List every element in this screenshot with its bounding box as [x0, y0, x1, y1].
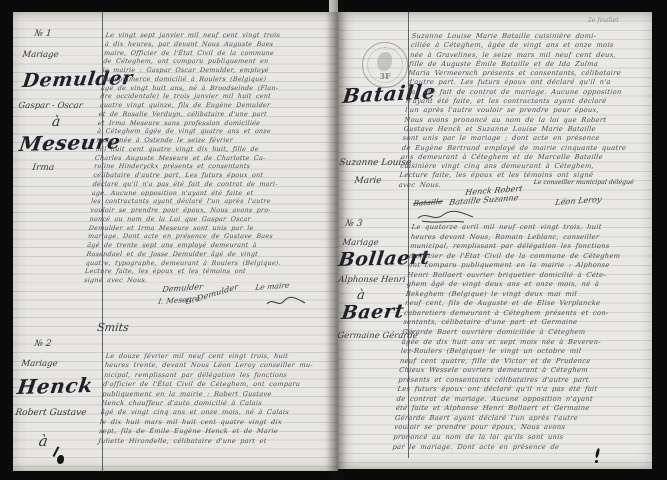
- groom-given-3: Alphonse Henri: [338, 275, 406, 285]
- handwritten-line: l'un après l'autre vouloir se prendre po…: [405, 106, 644, 115]
- handwritten-line: sont unis par le mariage ; dont acte en …: [402, 134, 641, 143]
- groom-given-1: Gaspar - Oscar: [18, 101, 84, 111]
- handwritten-line: maire, Officier de l'État Civil de la co…: [104, 49, 329, 58]
- handwritten-line: Demulder et Irma Meseure sont unis par l…: [88, 224, 313, 233]
- handwritten-line: mois, née à Ostende le seize février: [96, 136, 321, 145]
- handwritten-line: municipal, remplissant par délégation le…: [409, 242, 648, 252]
- handwritten-line: la mairie : Gaspar Oscar Demulder, emplo…: [102, 66, 327, 75]
- handwritten-line: ont comparu publiquement en la mairie : …: [408, 261, 647, 271]
- official-title-right: Le conseiller municipal délégué: [533, 179, 634, 186]
- official-title-left: Le maire: [255, 281, 291, 292]
- handwritten-line: vouloir se prendre pour époux, Nous avon…: [394, 423, 633, 433]
- handwritten-line: Charles Auguste Meseure et de Charlotte …: [95, 154, 320, 163]
- handwritten-line: le dix huit mars mil huit cent quatre vi…: [99, 418, 324, 427]
- left-page: № 1 Mariage Demulder Gaspar - Oscar à Me…: [13, 12, 338, 471]
- handwritten-line: heures trente, devant Nous Léon Leroy co…: [104, 361, 329, 370]
- handwritten-line: d'officier de l'État Civil de Céteghem, …: [103, 380, 328, 389]
- bride-given-1: Irma: [32, 163, 55, 173]
- handwritten-line: Maria Vermeersch présents et consentants…: [408, 69, 647, 78]
- handwritten-line: âgé de vingt cinq ans et onze mois, né à…: [100, 408, 325, 417]
- handwritten-line: Le vingt sept janvier mil neuf cent ving…: [105, 31, 330, 40]
- handwritten-line: mil huit cent quatre vingt dix huit, fil…: [95, 145, 320, 154]
- handwritten-line: et de Rosalie Verduyn, célibataire d'une…: [98, 110, 323, 119]
- handwritten-line: Gustave Henck et Suzanne Louise Marie Ba…: [403, 125, 642, 134]
- handwritten-line: ans demeurant à Céteghem et de Marcelle …: [401, 153, 640, 162]
- handwritten-line: ghem âgé de vingt deux ans et onze mois,…: [406, 280, 645, 290]
- act-number-1: № 1: [34, 29, 52, 39]
- handwritten-line: quatre, typographe, demeurant à Roulers …: [85, 259, 310, 268]
- act-type-1: Mariage: [22, 50, 59, 60]
- act-2-continuation-body: Suzanne Louise Marie Bataille cuisinière…: [398, 32, 650, 190]
- page-top-notch: [329, 0, 338, 12]
- stamp-value: 3F: [363, 71, 407, 81]
- handwritten-line: nicipal, remplissant par délégation les …: [104, 371, 329, 380]
- registrar-paraph-icon: [416, 208, 476, 224]
- handwritten-line: par le mariage. Dont acte en présence de: [392, 443, 631, 453]
- act-type-3: Mariage: [342, 238, 379, 248]
- handwritten-line: de contrat de mariage. Aucune opposition…: [396, 395, 635, 405]
- handwritten-line: présents et consentants célibataires d'a…: [398, 376, 637, 386]
- handwritten-line: Suzanne Louise Marie Bataille cuisinière…: [411, 32, 650, 41]
- handwritten-line: sept, fils de Émile Eugène Henck et de M…: [99, 427, 324, 436]
- right-page: 2e feuillet 3F Bataille Suzanne Louise M…: [338, 12, 652, 469]
- handwritten-line: cuisinière vingt cinq ans demeurant à Cé…: [400, 162, 639, 171]
- handwritten-line: Henri Bollaert ouvrier briquetier domici…: [407, 271, 646, 281]
- handwritten-line: sentants, célibataire d'une part et Germ…: [403, 318, 642, 328]
- handwritten-line: de Céteghem, ont comparu publiquement en: [103, 57, 328, 66]
- handwritten-line: Nous avons prononcé au nom de la loi que…: [404, 116, 643, 125]
- handwritten-line: noncé au nom de la Loi que Gaspar Oscar: [89, 215, 314, 224]
- handwritten-line: âgée de dix huit ans et sept mois née à …: [401, 338, 640, 348]
- act-type-2: Mariage: [21, 359, 58, 369]
- ink-mark-dot: [595, 460, 598, 463]
- act-1-body: Le vingt sept janvier mil neuf cent ving…: [84, 31, 330, 285]
- act-number-2: № 2: [34, 339, 52, 349]
- handwritten-line: née à Gravelines, le seize mars mil neuf…: [410, 51, 649, 60]
- handwritten-line: à Céteghem âgée de vingt quatre ans et o…: [97, 127, 322, 136]
- act-3-body: Le quatorze avril mil neuf cent vingt tr…: [392, 223, 650, 452]
- folio-label: 2e feuillet: [588, 17, 619, 24]
- handwritten-line: d'officier de l'État Civil de la commune…: [409, 252, 648, 262]
- handwritten-line: neuf cent quatre, fille de Victor et de …: [399, 357, 638, 367]
- handwritten-line: neuf cent, fils de Auguste et de Elise V…: [404, 299, 643, 309]
- handwritten-line: été faite et Alphonse Henri Bollaert et …: [395, 404, 634, 414]
- signature-witness-1: Demulder: [162, 282, 204, 294]
- handwritten-line: Bekeghem (Belgique) le vingt deux mai mi…: [405, 290, 644, 300]
- handwritten-line: cabaretiers demeurant à Céteghem présent…: [404, 309, 643, 319]
- bride-given-2b: Marie: [354, 176, 382, 186]
- handwritten-line: Lecture faite, les époux et les témoins …: [85, 267, 310, 276]
- handwritten-line: et Irma Meseure sans profession domicili…: [98, 119, 323, 128]
- handwritten-line: d'autre part. Les futurs époux ont décla…: [407, 78, 646, 87]
- handwritten-line: Henck chauffeur d'auto domicilié à Calai…: [101, 399, 326, 408]
- handwritten-line: quatre vingt quinze, fils de Eugène Demu…: [99, 101, 324, 110]
- handwritten-line: heures devant Nous, Romain Leblanc, cons…: [410, 233, 649, 243]
- handwritten-line: publiquement en la mairie : Robert Gusta…: [102, 390, 327, 399]
- handwritten-line: Le douze février mil neuf cent vingt tro…: [105, 352, 330, 361]
- bride-surname-3: Baert: [340, 300, 405, 324]
- handwritten-line: Les futurs époux ont déclaré qu'il n'a p…: [397, 385, 636, 395]
- conjunction-2: à: [38, 432, 49, 450]
- handwritten-line: du commerce domicilié à Roulers (Belgiqu…: [101, 75, 326, 84]
- signature-bride-2: Bataille Suzanne: [449, 193, 520, 207]
- handwritten-line: de Eugène Bertrand employé de mairie cin…: [401, 144, 640, 153]
- register-scan: № 1 Mariage Demulder Gaspar - Oscar à Me…: [0, 0, 667, 480]
- handwritten-line: âgé de trente sept ans employé demeurant…: [87, 241, 312, 250]
- handwritten-line: Gérarde Baert ayant déclaré l'un après l…: [394, 414, 633, 424]
- handwritten-line: les contractants ayant déclaré l'un aprè…: [91, 197, 316, 206]
- groom-surname-2: Henck: [16, 373, 95, 399]
- handwritten-line: age. Aucune opposition n'ayant été faite…: [91, 189, 316, 198]
- handwritten-line: Gérarde Baert ouvrière domiciliée à Céte…: [402, 328, 641, 338]
- handwritten-line: mariage. Dont acte en présence de Gustav…: [88, 232, 313, 241]
- mayor-paraph-icon: [265, 295, 307, 309]
- handwritten-line: prononcé au nom de la loi qu'ils sont un…: [393, 433, 632, 443]
- margin-note-smits: Smits: [96, 321, 129, 334]
- handwritten-line: Le quatorze avril mil neuf cent vingt tr…: [411, 223, 650, 233]
- handwritten-line: dre occidentale) le trois janvier mil hu…: [100, 92, 325, 101]
- handwritten-line: âgé de vingt huit ans, né à Broodseinde …: [101, 84, 326, 93]
- handwritten-line: déclaré qu'il n'a pas été fait de contra…: [92, 180, 317, 189]
- handwritten-line: à dix heures, par devant Nous Auguste Ba…: [104, 40, 329, 49]
- handwritten-line: vouloir se prendre pour époux, Nous avon…: [90, 206, 315, 215]
- act-number-3: № 3: [345, 219, 363, 229]
- handwritten-line: Rosendael et de Josse Demulder âgé de vi…: [86, 250, 311, 259]
- signature-bride-struck: Bataille: [413, 197, 444, 208]
- handwritten-line: lez-Roulers (Belgique) le vingt un octob…: [400, 347, 639, 357]
- conjunction-1: à: [51, 114, 61, 130]
- handwritten-line: Chieux Wessele ouvriers demeurant à Céte…: [399, 366, 638, 376]
- handwritten-line: pas été fait de contrat de mariage. Aucu…: [406, 88, 645, 97]
- handwritten-line: roline Hinderyckx présents et consentant…: [94, 162, 319, 171]
- handwritten-line: ciliée à Céteghem, âgée de vingt ans et …: [410, 41, 649, 50]
- marianne-head-icon: [377, 52, 392, 71]
- groom-given-2: Robert Gustave: [15, 408, 87, 418]
- handwritten-line: n'ayant été faite, et les contractants a…: [405, 97, 644, 106]
- handwritten-line: célibataire d'autre part. Les futurs épo…: [93, 171, 318, 180]
- act-2-body: Le douze février mil neuf cent vingt tro…: [98, 352, 330, 446]
- signature-official-leroy: Léon Leroy: [555, 195, 603, 207]
- handwritten-line: Juliette Hirondelle, célibataire d'une p…: [98, 437, 323, 446]
- ink-blot: [57, 455, 64, 464]
- handwritten-line: fille de Auguste Émile Bataille et de Id…: [409, 60, 648, 69]
